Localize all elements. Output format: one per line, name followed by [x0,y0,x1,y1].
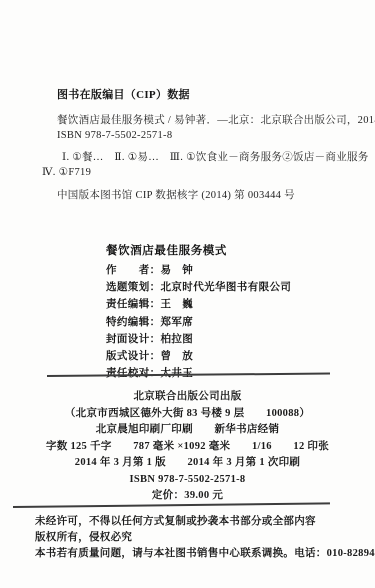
credit-author: 作 者：易 钟 [106,262,291,279]
credits-list: 作 者：易 钟 选题策划：北京时代光华图书有限公司 责任编辑：王 巍 特约编辑：… [106,262,291,382]
publisher-line: 北京联合出版公司出版 [15,389,360,406]
copyright-notice: 未经许可，不得以任何方式复制或抄袭本书部分或全部内容 版权所有，侵权必究 本书若… [35,514,375,562]
notice-no-copy-line: 未经许可，不得以任何方式复制或抄袭本书部分或全部内容 [35,514,375,530]
publisher-address-line: （北京市西城区德外大街 83 号楼 9 层 100088） [15,406,360,423]
credit-layout-design: 版式设计：曾 放 [106,348,291,365]
format-line: 字数 125 千字 787 毫米 ×1092 毫米 1/16 12 印张 [15,439,360,456]
credit-responsible-editor: 责任编辑：王 巍 [106,296,291,313]
credit-planning: 选题策划：北京时代光华图书有限公司 [106,279,291,296]
printer-distributor-line: 北京晨旭印刷厂印刷 新华书店经销 [15,422,360,439]
credit-cover-design: 封面设计：柏拉图 [106,331,291,348]
notice-quality-contact-line: 本书若有质量问题，请与本社图书销售中心联系调换。电话：010-82894445 [35,546,375,562]
edition-line: 2014 年 3 月第 1 版 2014 年 3 月第 1 次印刷 [15,455,360,472]
cip-classification-line-2: Ⅳ. ①F719 [42,166,91,180]
book-title: 餐饮酒店最佳服务模式 [106,244,227,258]
cip-record-line: 餐饮酒店最佳服务模式 / 易钟著．—北京：北京联合出版公司，2014.3 [57,114,375,128]
credit-contributing-editor: 特约编辑：郑军席 [106,314,291,331]
cip-heading: 图书在版编目（CIP）数据 [57,88,190,102]
publishing-info: 北京联合出版公司出版 （北京市西城区德外大街 83 号楼 9 层 100088）… [15,389,360,505]
isbn-line: ISBN 978-7-5502-2571-8 [15,472,360,489]
cip-registration-line: 中国版本图书馆 CIP 数据核字 (2014) 第 003444 号 [57,189,295,203]
cip-isbn-line: ISBN 978-7-5502-2571-8 [57,129,172,143]
notice-rights-line: 版权所有，侵权必究 [35,530,375,546]
copyright-page: 图书在版编目（CIP）数据 餐饮酒店最佳服务模式 / 易钟著．—北京：北京联合出… [0,0,375,588]
cip-classification-line-1: Ⅰ. ①餐… Ⅱ. ①易… Ⅲ. ①饮食业－商务服务②饭店－商业服务 [62,151,369,165]
